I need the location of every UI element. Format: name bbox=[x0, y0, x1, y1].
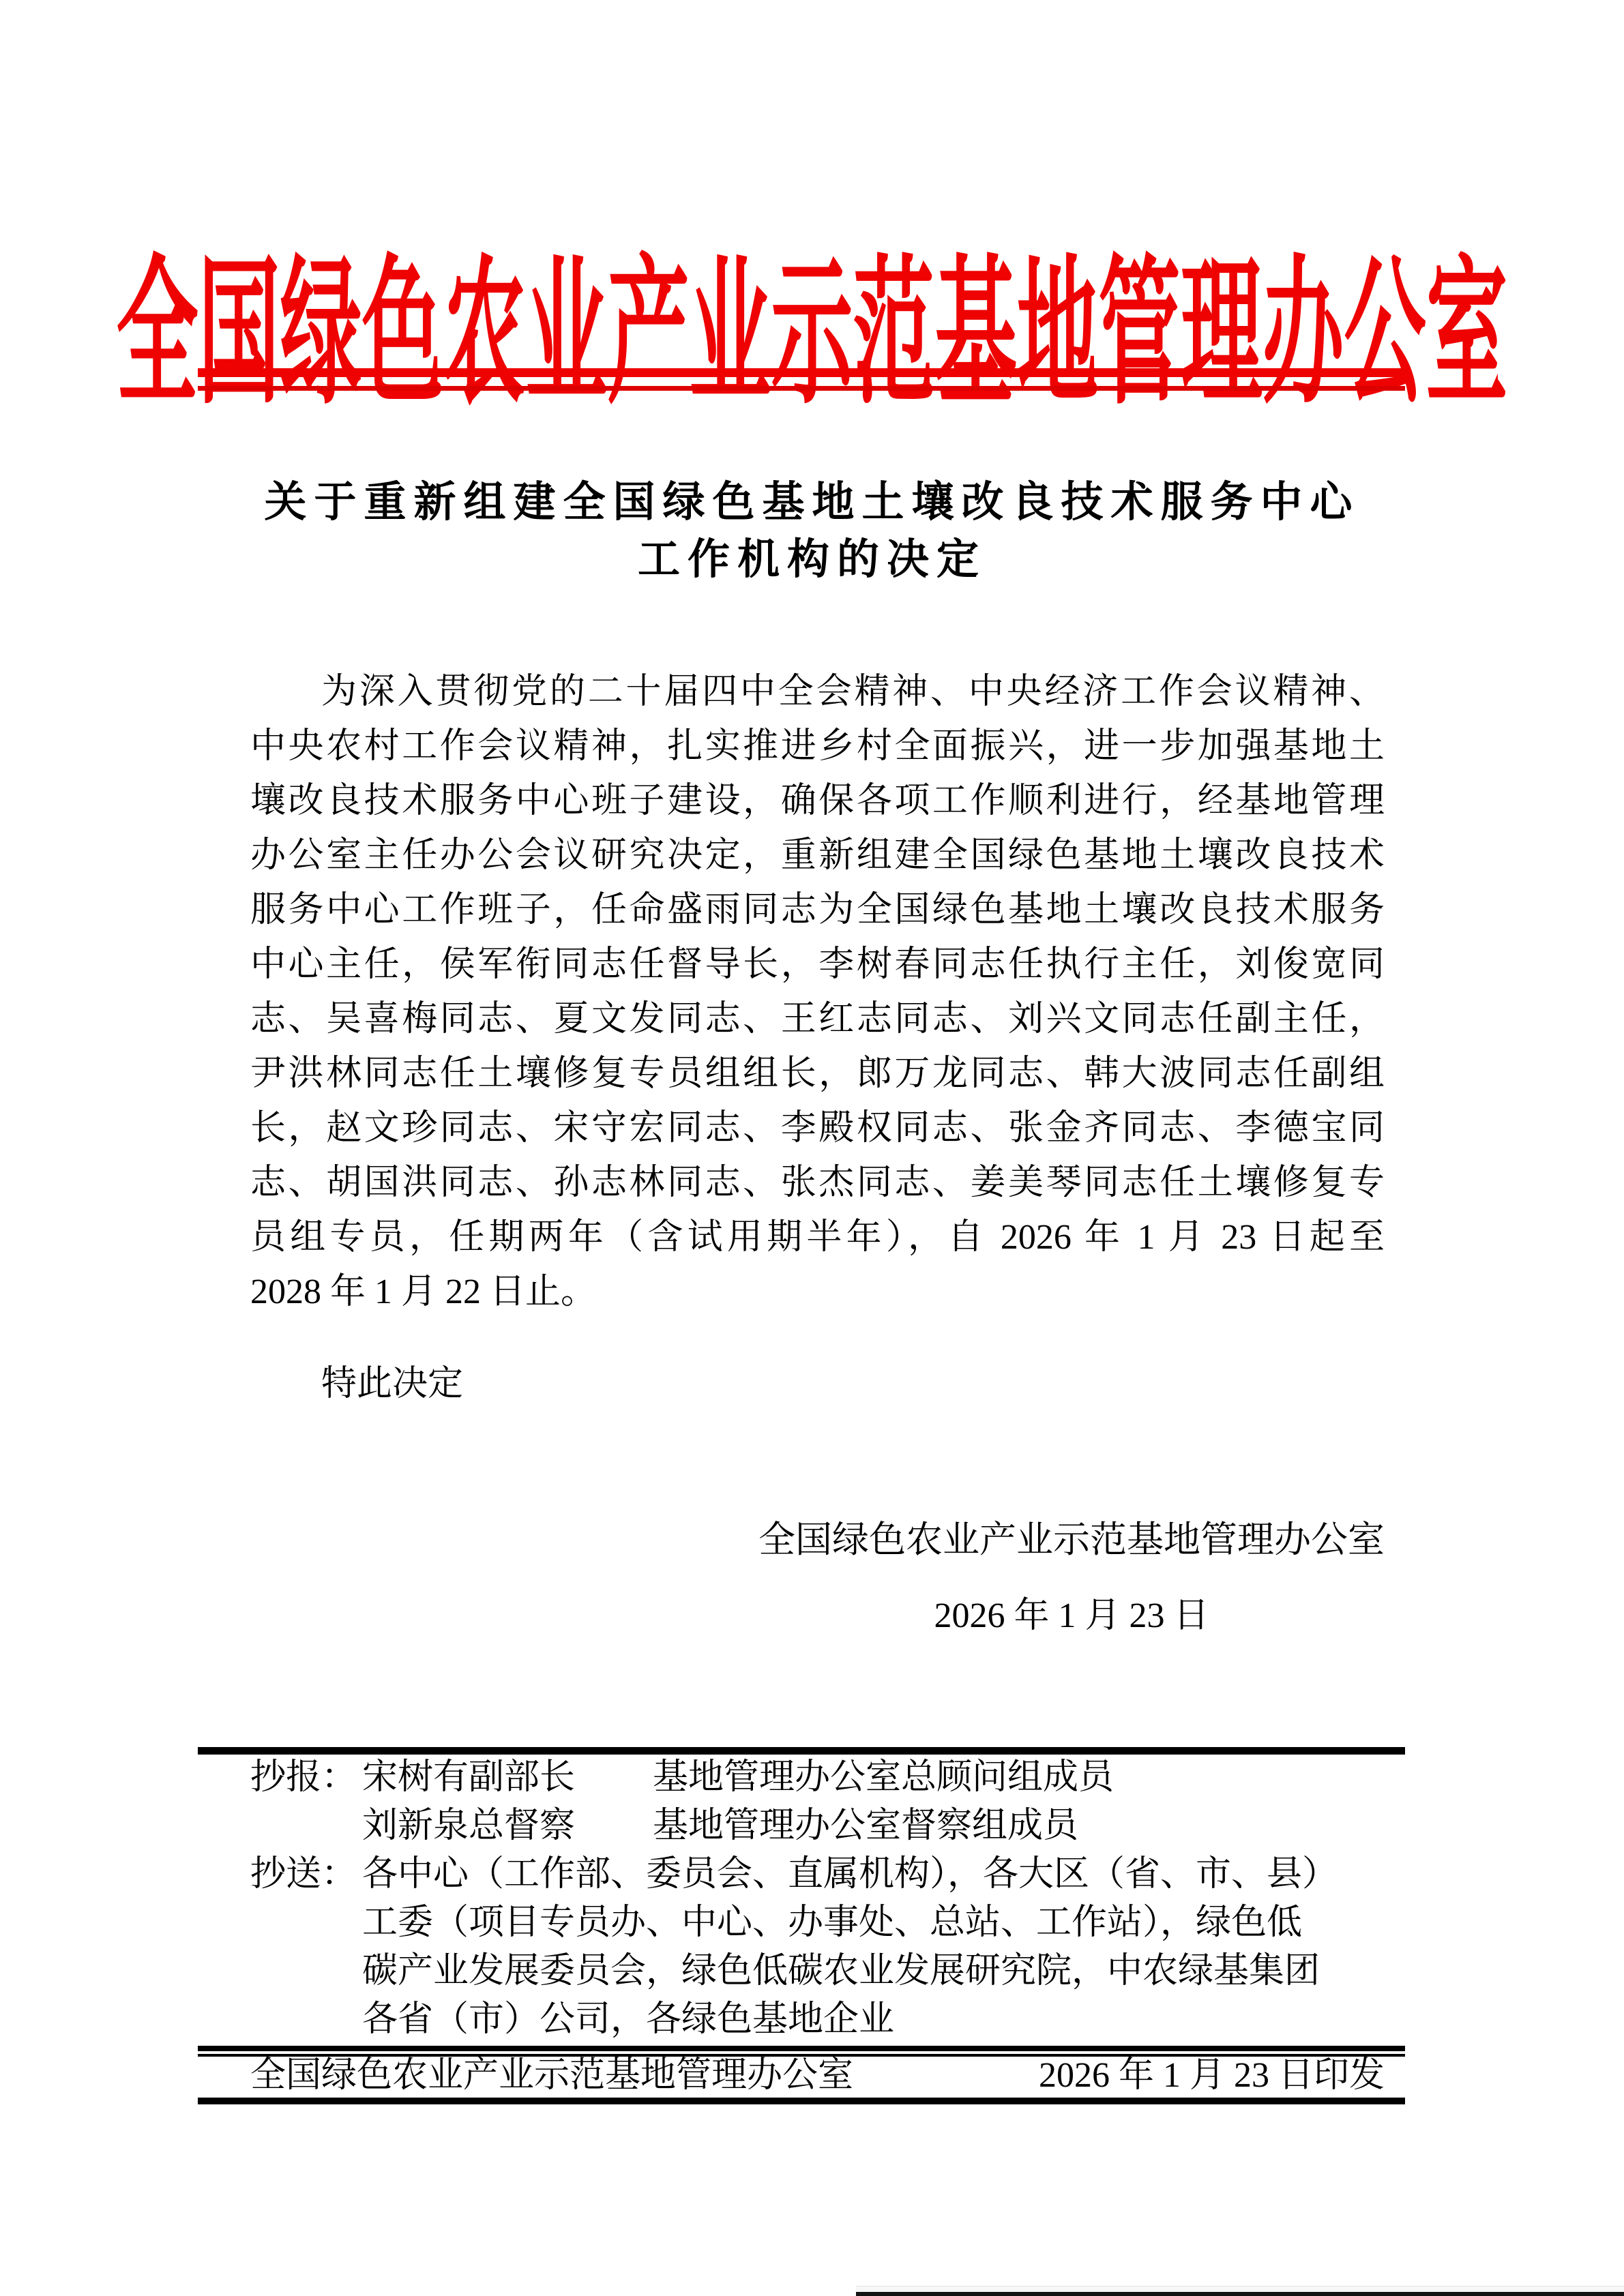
copy-report-row: 刘新泉总督察 基地管理办公室督察组成员 bbox=[362, 1802, 1410, 1850]
copy-send-line: 碳产业发展委员会，绿色低碳农业发展研究院，中农绿基集团 bbox=[362, 1947, 1410, 1995]
red-rule-thin bbox=[198, 386, 1405, 391]
copy-report-block: 抄报： 宋树有副部长 基地管理办公室总顾问组成员 刘新泉总督察 基地管理办公室督… bbox=[250, 1753, 1410, 1850]
body-line: 员组专员，任期两年（含试用期半年），自 2026 年 1 月 23 日起至 bbox=[250, 1210, 1385, 1265]
issuer-print-date: 2026 年 1 月 23 日印发 bbox=[1039, 2057, 1385, 2095]
copy-report-name: 宋树有副部长 bbox=[362, 1753, 653, 1802]
copy-report-desc: 基地管理办公室督察组成员 bbox=[653, 1802, 1078, 1850]
issuer-bar: 全国绿色农业产业示范基地管理办公室 2026 年 1 月 23 日印发 bbox=[250, 2057, 1385, 2095]
signature-block: 全国绿色农业产业示范基地管理办公室 2026 年 1 月 23 日 bbox=[758, 1519, 1385, 1637]
closing-statement: 特此决定 bbox=[250, 1364, 1385, 1405]
next-page-edge bbox=[856, 2286, 1624, 2292]
next-page-edge-line bbox=[856, 2292, 1624, 2296]
body-line: 志、胡国洪同志、孙志林同志、张杰同志、姜美琴同志任土壤修复专 bbox=[250, 1156, 1385, 1210]
body-line: 办公室主任办公会议研究决定，重新组建全国绿色基地土壤改良技术 bbox=[250, 829, 1385, 883]
body-line: 志、吴喜梅同志、夏文发同志、王红志同志、刘兴文同志任副主任， bbox=[250, 992, 1385, 1047]
body-paragraph: 为深入贯彻党的二十届四中全会精神、中央经济工作会议精神、中央农村工作会议精神，扎… bbox=[250, 665, 1385, 1320]
copy-send-label: 抄送： bbox=[250, 1850, 362, 2044]
body-line: 中心主任，侯军衔同志任督导长，李树春同志任执行主任，刘俊宽同 bbox=[250, 938, 1385, 992]
letterhead-org-title: 全国绿色农业产业示范基地管理办公室 bbox=[117, 206, 1508, 434]
copy-report-rows: 宋树有副部长 基地管理办公室总顾问组成员 刘新泉总督察 基地管理办公室督察组成员 bbox=[362, 1753, 1410, 1850]
body-line: 为深入贯彻党的二十届四中全会精神、中央经济工作会议精神、 bbox=[250, 665, 1385, 719]
copy-send-line: 工委（项目专员办、中心、办事处、总站、工作站），绿色低 bbox=[362, 1898, 1410, 1947]
red-rule-thick bbox=[198, 368, 1405, 377]
body-line: 中央农村工作会议精神，扎实推进乡村全面振兴，进一步加强基地土 bbox=[250, 719, 1385, 774]
document-page: 全国绿色农业产业示范基地管理办公室 关于重新组建全国绿色基地土壤改良技术服务中心… bbox=[0, 0, 1624, 2296]
copy-send-block: 抄送： 各中心（工作部、委员会、直属机构），各大区（省、市、县）工委（项目专员办… bbox=[250, 1850, 1410, 2044]
body-line: 服务中心工作班子，任命盛雨同志为全国绿色基地土壤改良技术服务 bbox=[250, 883, 1385, 938]
issuer-org: 全国绿色农业产业示范基地管理办公室 bbox=[250, 2057, 853, 2095]
document-title-line2: 工作机构的决定 bbox=[0, 531, 1624, 588]
copy-report-row: 宋树有副部长 基地管理办公室总顾问组成员 bbox=[362, 1753, 1410, 1802]
document-title-line1: 关于重新组建全国绿色基地土壤改良技术服务中心 bbox=[0, 474, 1624, 531]
body-line: 2028 年 1 月 22 日止。 bbox=[250, 1265, 1385, 1320]
copy-report-name: 刘新泉总督察 bbox=[362, 1802, 653, 1850]
copy-send-line: 各省（市）公司，各绿色基地企业 bbox=[362, 1995, 1410, 2044]
copy-report-label: 抄报： bbox=[250, 1753, 362, 1850]
body-line: 长，赵文珍同志、宋守宏同志、李殿权同志、张金齐同志、李德宝同 bbox=[250, 1101, 1385, 1156]
footer-rule-bottom bbox=[198, 2098, 1405, 2104]
copy-report-desc: 基地管理办公室总顾问组成员 bbox=[653, 1753, 1114, 1802]
signature-date: 2026 年 1 月 23 日 bbox=[758, 1596, 1385, 1637]
document-title: 关于重新组建全国绿色基地土壤改良技术服务中心 工作机构的决定 bbox=[0, 474, 1624, 588]
copy-send-lines: 各中心（工作部、委员会、直属机构），各大区（省、市、县）工委（项目专员办、中心、… bbox=[362, 1850, 1410, 2044]
body-line: 尹洪林同志任土壤修复专员组组长，郎万龙同志、韩大波同志任副组 bbox=[250, 1047, 1385, 1101]
signature-org: 全国绿色农业产业示范基地管理办公室 bbox=[758, 1519, 1385, 1560]
footer-double-rule-thick bbox=[198, 2046, 1405, 2051]
footer-distribution: 抄报： 宋树有副部长 基地管理办公室总顾问组成员 刘新泉总督察 基地管理办公室督… bbox=[250, 1753, 1410, 2044]
copy-send-line: 各中心（工作部、委员会、直属机构），各大区（省、市、县） bbox=[362, 1850, 1410, 1898]
letterhead: 全国绿色农业产业示范基地管理办公室 bbox=[0, 206, 1624, 323]
body-line: 壤改良技术服务中心班子建设，确保各项工作顺利进行，经基地管理 bbox=[250, 774, 1385, 829]
